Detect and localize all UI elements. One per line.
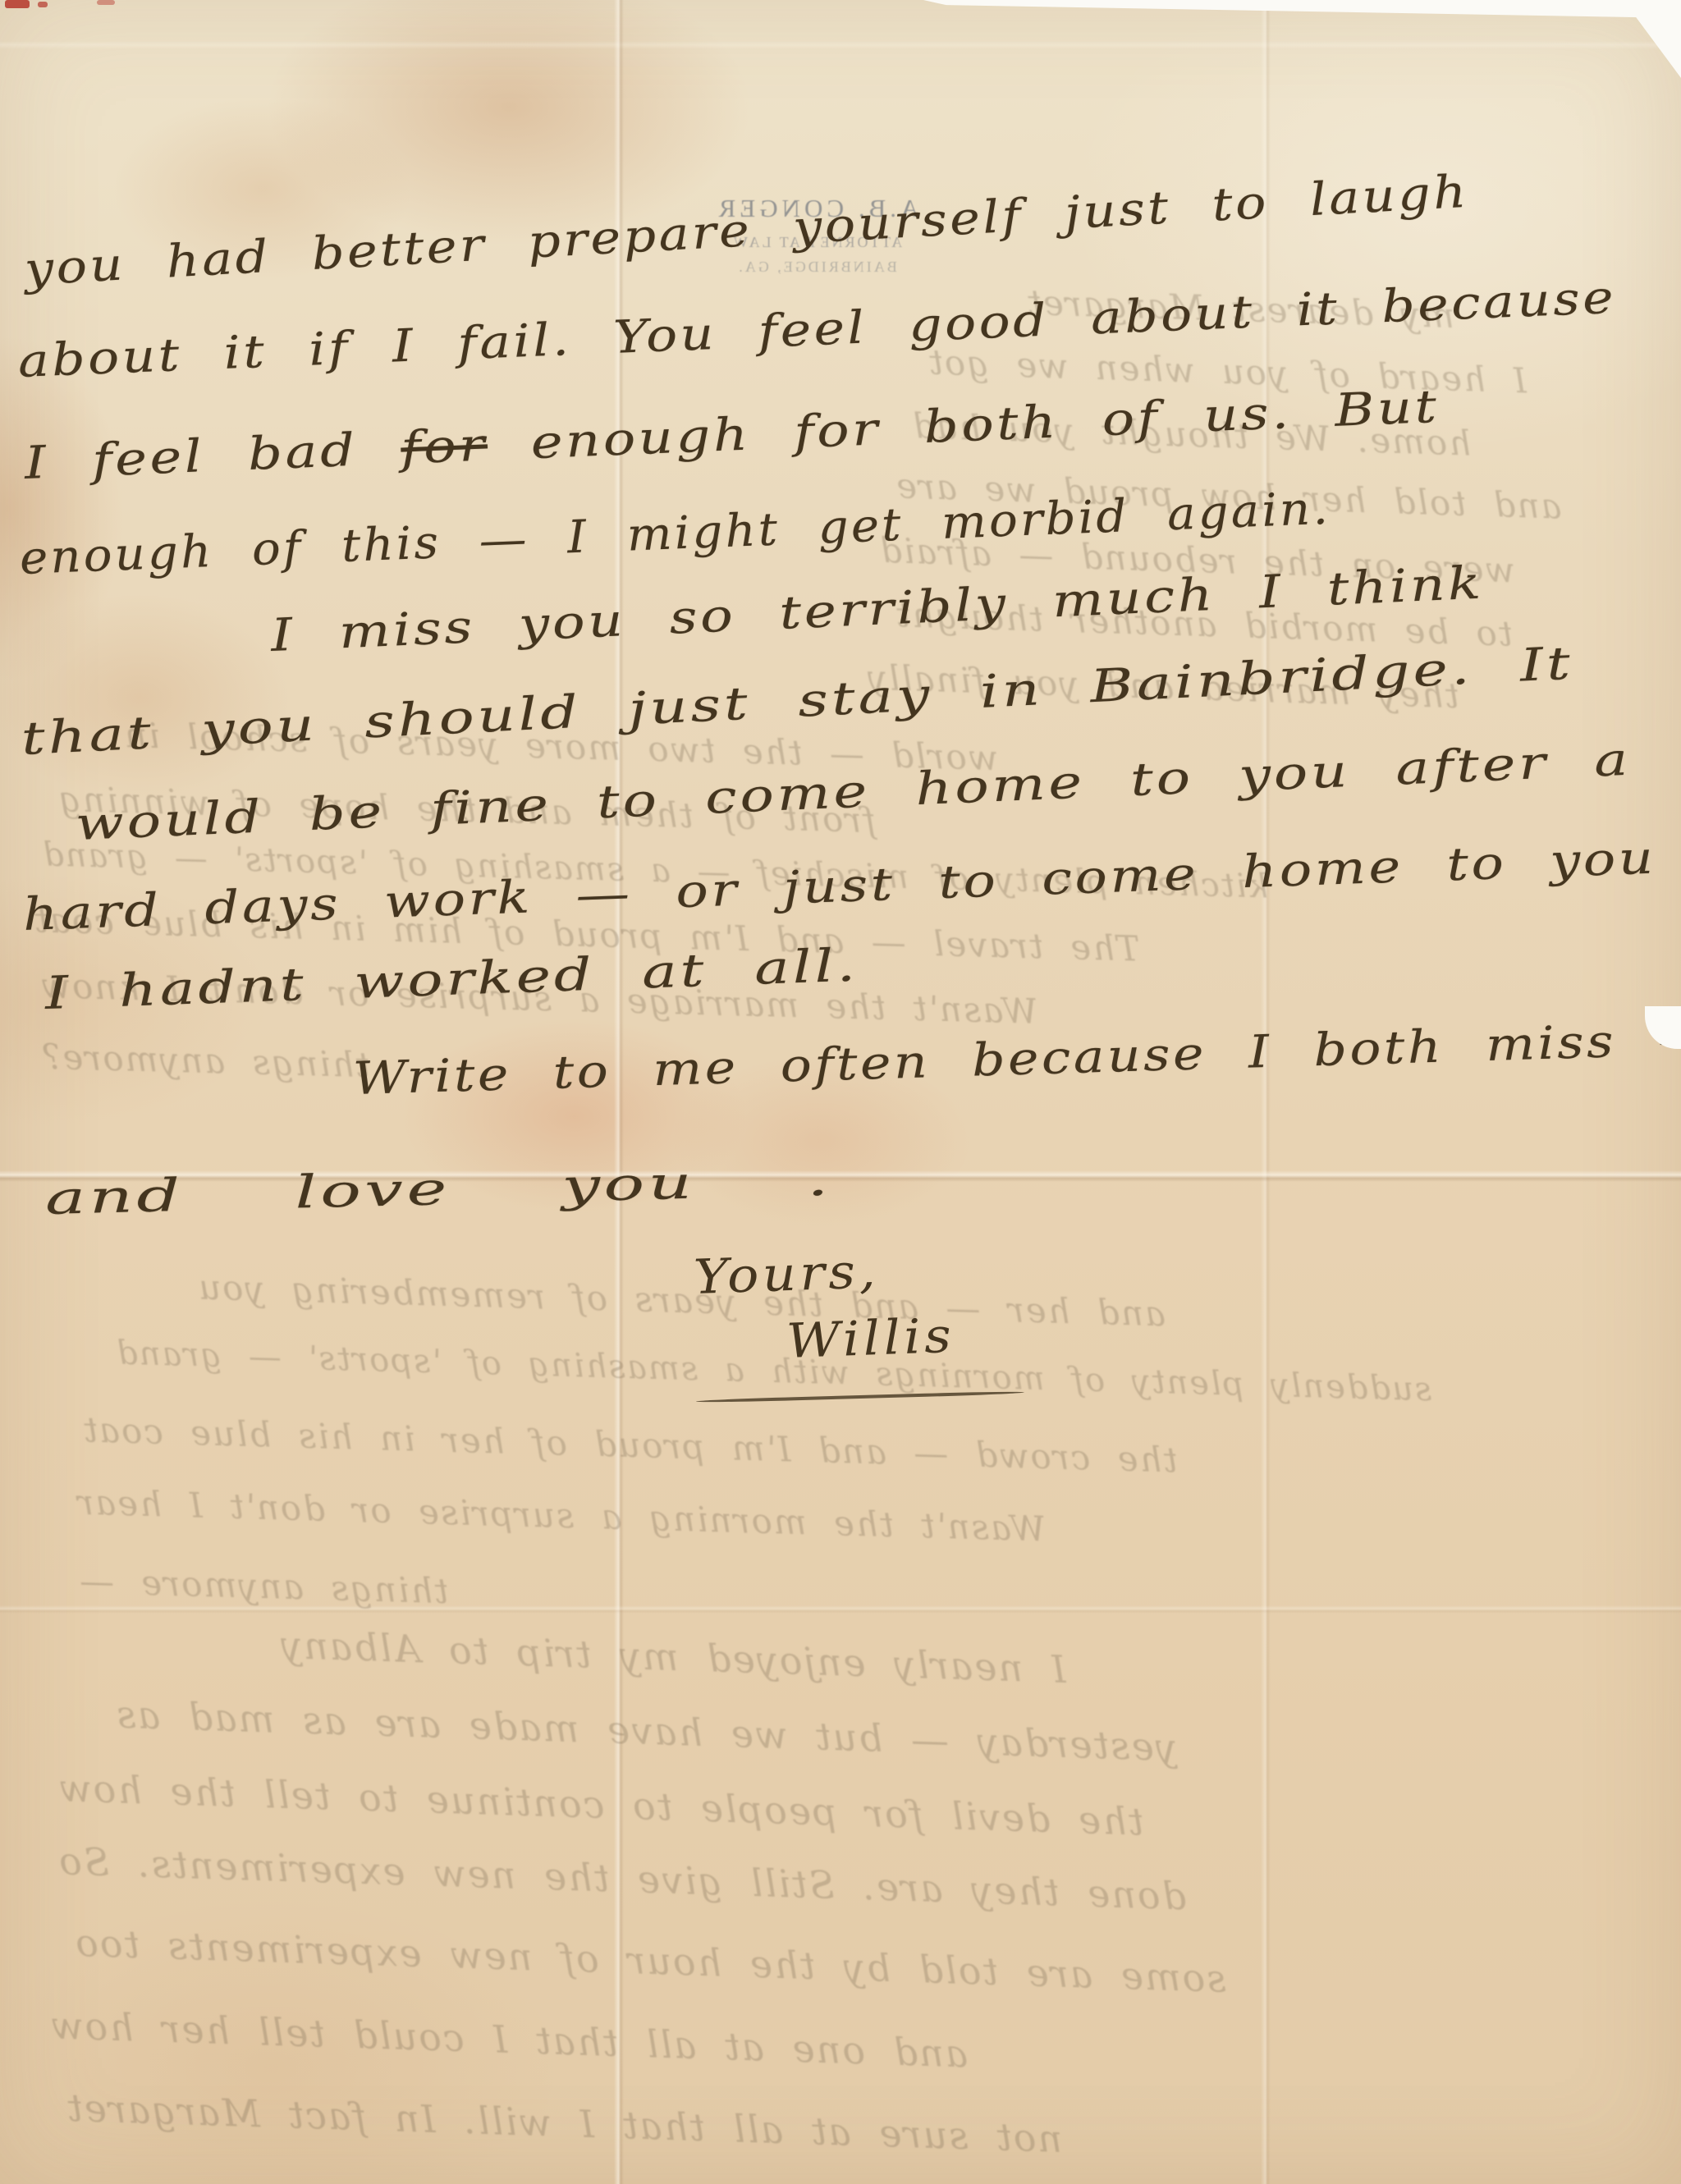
bleed-through-line: some are told by the hour of new experim… — [73, 1921, 1226, 2001]
bleed-through-line: yesterday — but we have made are as mad … — [114, 1692, 1177, 1770]
bleed-through-line: Wasn't the morning a surprise or don't I… — [76, 1482, 1047, 1550]
letter-page: A.B. CONGER ATTORNEY AT LAW BAINBRIDGE, … — [0, 0, 1681, 2184]
bleed-through-line: the crowd — and I'm proud of her in his … — [82, 1409, 1179, 1480]
handwriting-line: I feel bad for enough for both of us. Bu… — [24, 380, 1441, 489]
scan-edge-top — [923, 0, 1681, 18]
struck-word: for — [400, 418, 488, 474]
bleed-through-line: and one at all that I could tell her how — [48, 2003, 969, 2076]
bleed-through-line: done they are. Still give the new experi… — [57, 1838, 1187, 1918]
signature: Willis — [786, 1307, 955, 1369]
bleed-through-line: the devil for people to continue to tell… — [57, 1765, 1144, 1844]
bleed-through-line: I nearly enjoyed my trip to Albany — [278, 1623, 1066, 1692]
handwriting-line: and love you . — [44, 1153, 832, 1225]
bleed-through-line: things anymore — — [77, 1561, 449, 1612]
red-marking — [97, 0, 115, 5]
fold-crease-horizontal-lower — [0, 1605, 1681, 1614]
closing: Yours, — [693, 1243, 880, 1305]
bleed-through-line: not sure at all that I will. In fact Mar… — [65, 2086, 1063, 2161]
handwriting-segment: I feel bad — [24, 422, 402, 489]
fold-crease-horizontal-top — [0, 41, 1681, 49]
red-marking — [5, 0, 30, 8]
handwriting-line: you had better prepare yourself just to … — [23, 165, 1470, 295]
red-marking — [38, 2, 48, 7]
bleed-through-line: and her — and the years of remembering y… — [197, 1267, 1166, 1335]
bleed-through-line: things anymore? — [40, 1037, 370, 1085]
letterhead-location: BAINBRIDGE, GA. — [681, 259, 952, 276]
